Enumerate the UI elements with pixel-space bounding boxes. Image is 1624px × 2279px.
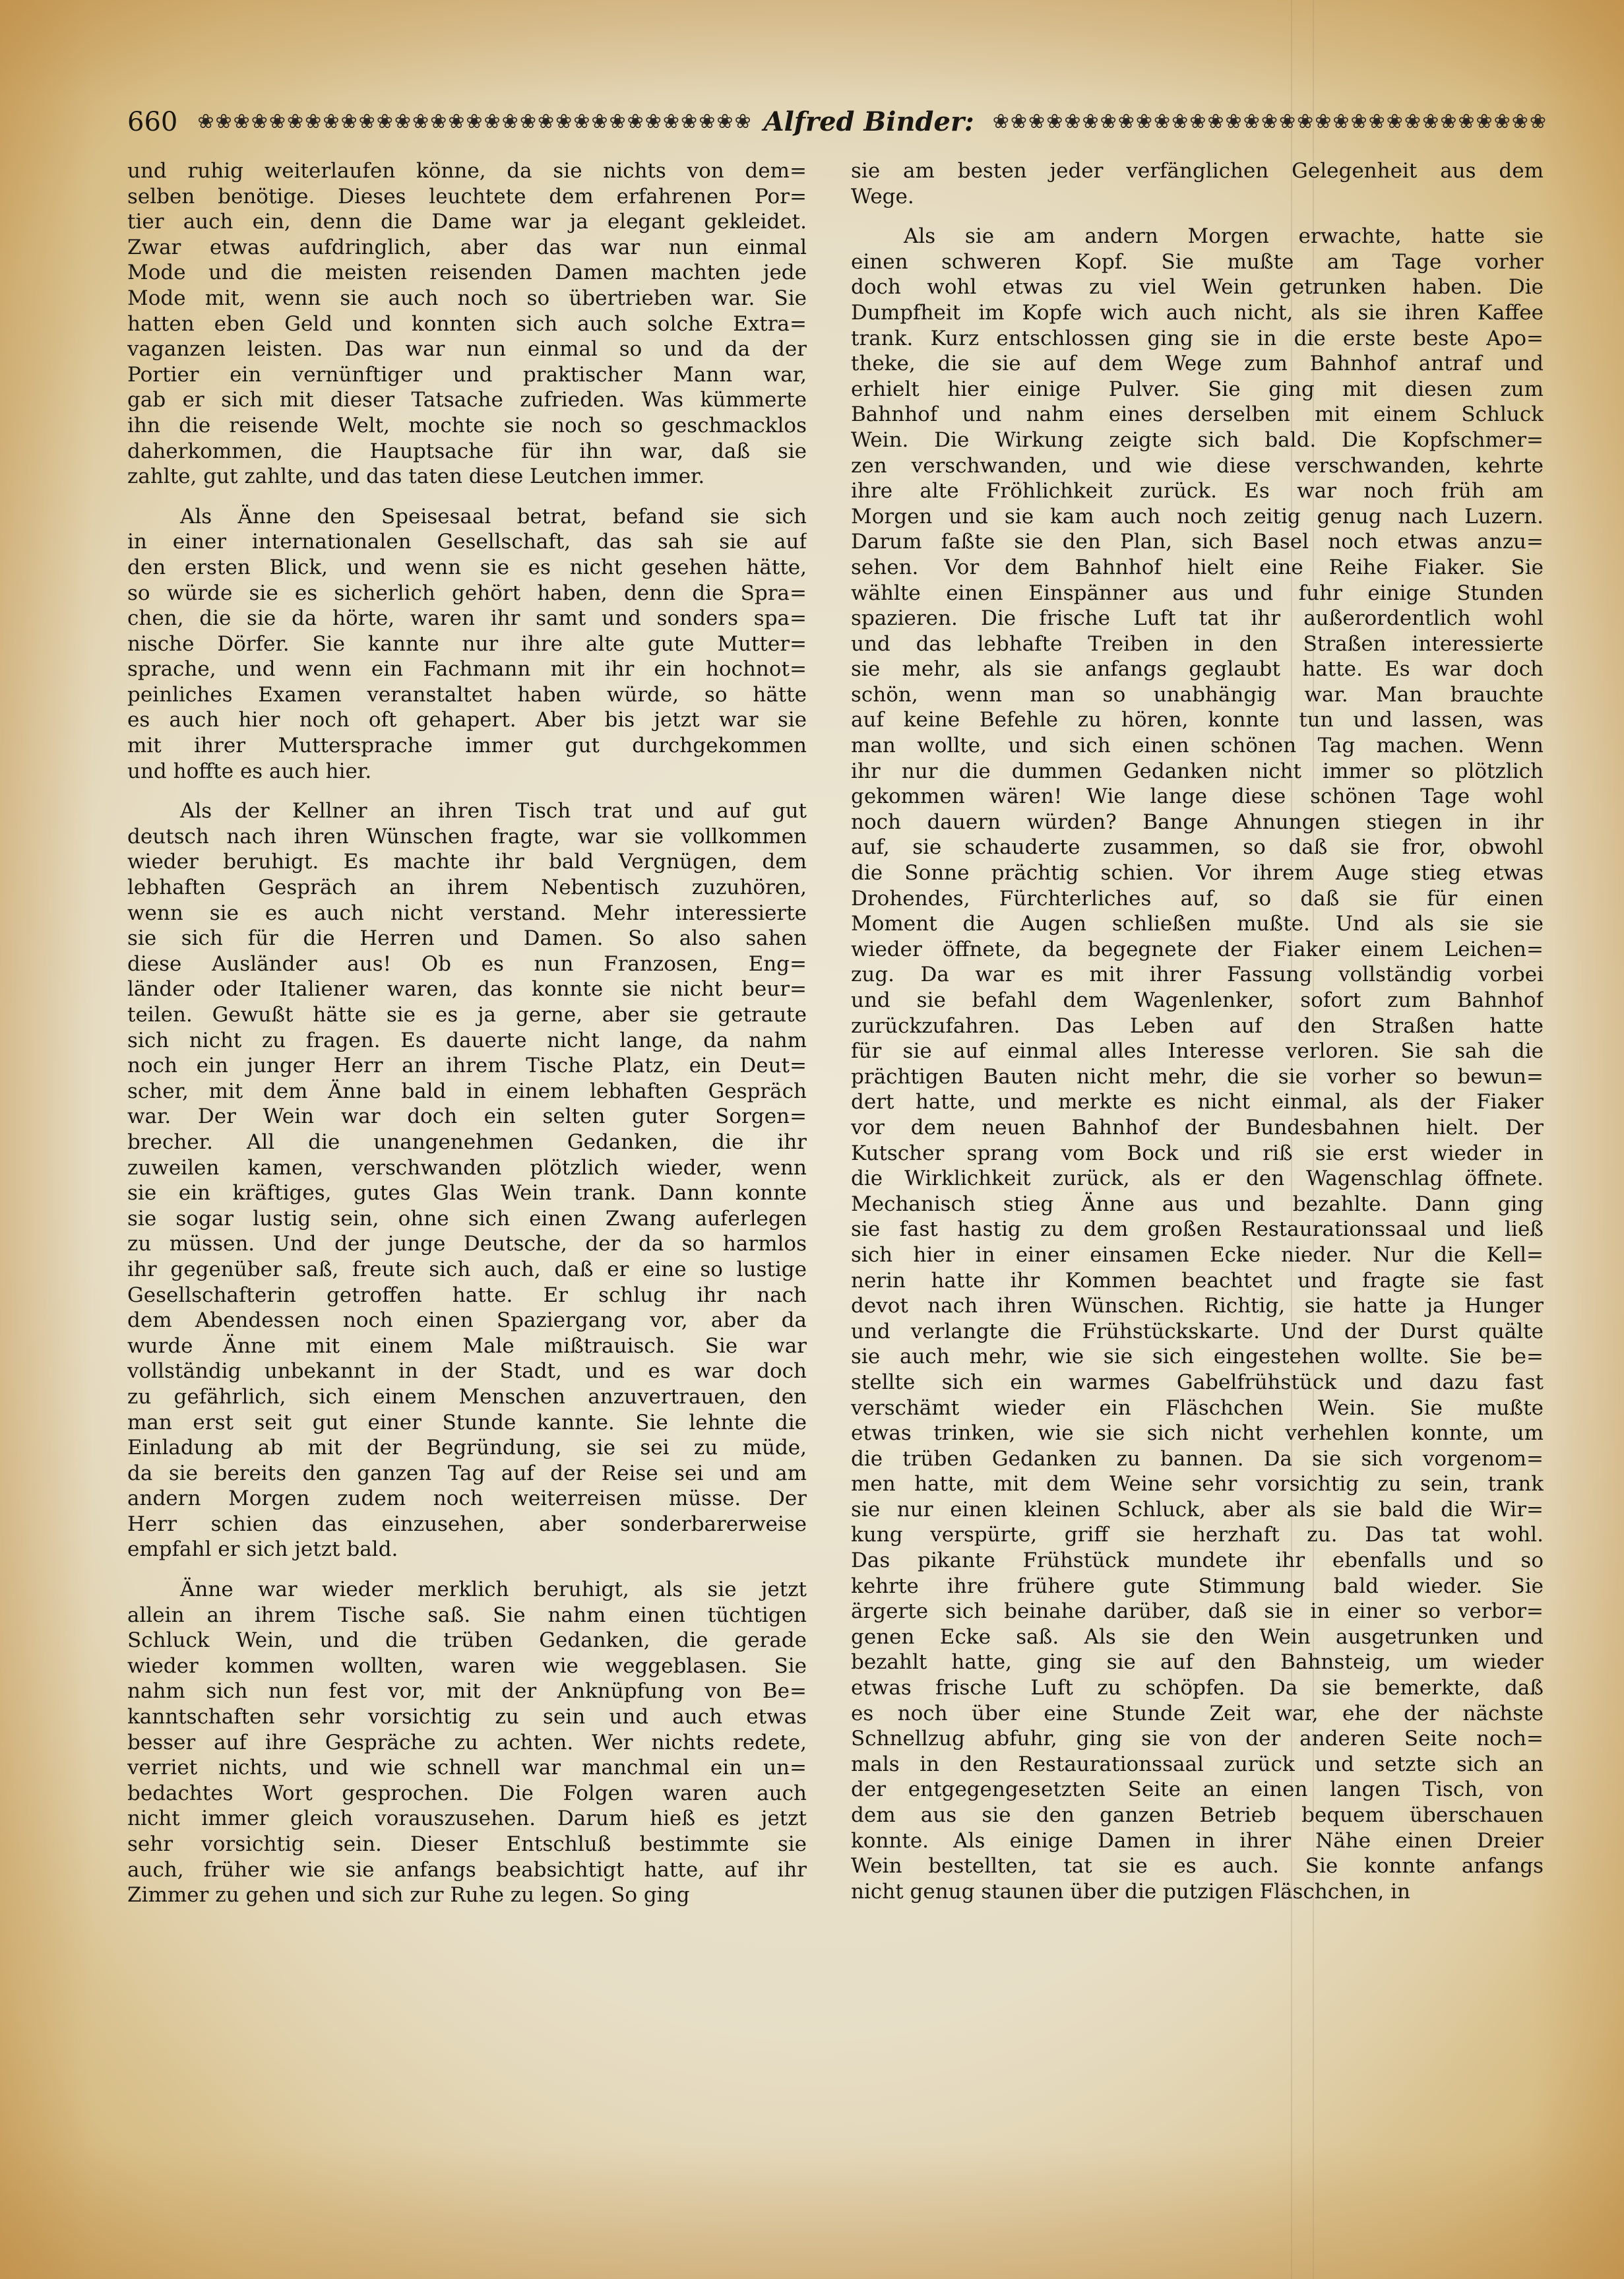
text-line: und das lebhafte Treiben in den Straßen … <box>851 631 1544 657</box>
text-line: Portier ein vernünftiger und praktischer… <box>127 362 807 388</box>
text-line: scher, mit dem Änne bald in einem lebhaf… <box>127 1079 807 1105</box>
text-line: trank. Kurz entschlossen ging sie in die… <box>851 326 1544 352</box>
text-line: peinliches Examen veranstaltet haben wür… <box>127 682 807 708</box>
text-line: Morgen und sie kam auch noch zeitig genu… <box>851 504 1544 530</box>
text-line: sie mehr, als sie anfangs geglaubt hatte… <box>851 657 1544 682</box>
text-line: Als Änne den Speisesaal betrat, befand s… <box>127 504 807 530</box>
text-line: so würde sie es sicherlich gehört haben,… <box>127 581 807 606</box>
text-line: spazieren. Die frische Luft tat ihr auße… <box>851 606 1544 631</box>
text-line: zurückzufahren. Das Leben auf den Straße… <box>851 1013 1544 1039</box>
text-line: sie fast hastig zu dem großen Restaurati… <box>851 1217 1544 1242</box>
paragraph: und ruhig weiterlaufen könne, da sie nic… <box>127 158 807 490</box>
text-line: nische Dörfer. Sie kannte nur ihre alte … <box>127 631 807 657</box>
text-line: prächtigen Bauten nicht mehr, die sie vo… <box>851 1064 1544 1090</box>
text-line: sie auch mehr, wie sie sich eingestehen … <box>851 1344 1544 1370</box>
text-line: zuweilen kamen, verschwanden plötzlich w… <box>127 1155 807 1181</box>
text-line: tier auch ein, denn die Dame war ja eleg… <box>127 209 807 235</box>
text-line: dert hatte, und merkte es nicht einmal, … <box>851 1089 1544 1115</box>
text-column-right: sie am besten jeder verfänglichen Gelege… <box>851 158 1544 1904</box>
text-line: selben benötige. Dieses leuchtete dem er… <box>127 184 807 210</box>
text-line: nerin hatte ihr Kommen beachtet und frag… <box>851 1268 1544 1294</box>
text-column-left: und ruhig weiterlaufen könne, da sie nic… <box>127 158 807 1908</box>
text-line: gab er sich mit dieser Tatsache zufriede… <box>127 387 807 413</box>
page-header: 660 ❀❀❀❀❀❀❀❀❀❀❀❀❀❀❀❀❀❀❀❀❀❀❀❀❀❀❀❀❀❀❀❀❀❀❀❀… <box>127 102 1546 142</box>
text-line: und verlangte die Frühstückskarte. Und d… <box>851 1319 1544 1345</box>
text-line: ihr nur die dummen Gedanken nicht immer … <box>851 759 1544 785</box>
text-line: nicht immer gleich vorauszusehen. Darum … <box>127 1806 807 1832</box>
running-head-author: Alfred Binder: <box>764 102 974 142</box>
text-line: sehen. Vor dem Bahnhof hielt eine Reihe … <box>851 555 1544 581</box>
text-line: Schluck Wein, und die trüben Gedanken, d… <box>127 1628 807 1653</box>
text-line: zahlte, gut zahlte, und das taten diese … <box>127 464 807 490</box>
paragraph-gap <box>851 209 1544 224</box>
text-line: sie sogar lustig sein, ohne sich einen Z… <box>127 1206 807 1232</box>
text-line: auf keine Befehle zu hören, konnte tun u… <box>851 707 1544 733</box>
text-line: kung verspürte, griff sie herzhaft zu. D… <box>851 1522 1544 1548</box>
text-line: lebhaften Gespräch an ihrem Nebentisch z… <box>127 875 807 901</box>
text-line: Als sie am andern Morgen erwachte, hatte… <box>851 224 1544 249</box>
text-line: Mode und die meisten reisenden Damen mac… <box>127 260 807 286</box>
text-line: auf, sie schauderte zusammen, so daß sie… <box>851 835 1544 860</box>
text-line: Einladung ab mit der Begründung, sie sei… <box>127 1435 807 1461</box>
paragraph-gap <box>127 490 807 504</box>
text-line: vor dem neuen Bahnhof der Bundesbahnen h… <box>851 1115 1544 1141</box>
text-line: dem aus sie den ganzen Betrieb bequem üb… <box>851 1803 1544 1828</box>
text-line: empfahl er sich jetzt bald. <box>127 1537 807 1562</box>
text-line: sie nur einen kleinen Schluck, aber als … <box>851 1497 1544 1523</box>
text-line: wieder öffnete, da begegnete der Fiaker … <box>851 937 1544 963</box>
text-line: für sie auf einmal alles Interesse verlo… <box>851 1039 1544 1064</box>
text-line: wieder kommen wollten, waren wie weggebl… <box>127 1653 807 1679</box>
text-line: devot nach ihren Wünschen. Richtig, sie … <box>851 1293 1544 1319</box>
text-line: Herr schien das einzusehen, aber sonderb… <box>127 1512 807 1537</box>
text-line: Schnellzug abfuhr, ging sie von der ande… <box>851 1726 1544 1752</box>
ornament-rule-left: ❀❀❀❀❀❀❀❀❀❀❀❀❀❀❀❀❀❀❀❀❀❀❀❀❀❀❀❀❀❀❀❀❀❀❀❀❀❀ <box>197 102 750 142</box>
text-line: mals in den Restaurationssaal zurück und… <box>851 1752 1544 1778</box>
text-line: erhielt hier einige Pulver. Sie ging mit… <box>851 377 1544 402</box>
text-line: daherkommen, die Hauptsache für ihn war,… <box>127 439 807 465</box>
text-line: Kutscher sprang vom Bock und riß sie ers… <box>851 1141 1544 1167</box>
text-line: teilen. Gewußt hätte sie es ja gerne, ab… <box>127 1002 807 1028</box>
text-line: hatten eben Geld und konnten sich auch s… <box>127 311 807 337</box>
text-line: sich nicht zu fragen. Es dauerte nicht l… <box>127 1028 807 1054</box>
text-line: sehr vorsichtig sein. Dieser Entschluß b… <box>127 1832 807 1857</box>
text-line: und hoffte es auch hier. <box>127 759 807 785</box>
text-line: vollständig unbekannt in der Stadt, und … <box>127 1359 807 1384</box>
text-line: besser auf ihre Gespräche zu achten. Wer… <box>127 1730 807 1756</box>
text-line: und ruhig weiterlaufen könne, da sie nic… <box>127 158 807 184</box>
text-line: etwas trinken, wie sie sich nicht verheh… <box>851 1421 1544 1446</box>
text-line: wenn sie es auch nicht verstand. Mehr in… <box>127 901 807 926</box>
text-line: zen verschwanden, und wie diese verschwa… <box>851 453 1544 479</box>
text-line: länder oder Italiener waren, das konnte … <box>127 977 807 1002</box>
text-line: kehrte ihre frühere gute Stimmung bald w… <box>851 1574 1544 1599</box>
paragraph-gap <box>127 784 807 798</box>
text-line: ihre alte Fröhlichkeit zurück. Es war no… <box>851 478 1544 504</box>
text-line: der entgegengesetzten Seite an einen lan… <box>851 1777 1544 1803</box>
text-line: stellte sich ein warmes Gabelfrühstück u… <box>851 1370 1544 1396</box>
text-line: man erst seit gut einer Stunde kannte. S… <box>127 1410 807 1436</box>
text-line: ihn die reisende Welt, mochte sie noch s… <box>127 413 807 439</box>
text-line: men hatte, mit dem Weine sehr vorsichtig… <box>851 1471 1544 1497</box>
text-line: und sie befahl dem Wagenlenker, sofort z… <box>851 988 1544 1013</box>
text-line: den ersten Blick, und wenn sie es nicht … <box>127 555 807 581</box>
text-line: konnte. Als einige Damen in ihrer Nähe e… <box>851 1828 1544 1854</box>
text-line: noch ein junger Herr an ihrem Tische Pla… <box>127 1053 807 1079</box>
text-line: zu gefährlich, sich einem Menschen anzuv… <box>127 1384 807 1410</box>
paragraph: sie am besten jeder verfänglichen Gelege… <box>851 158 1544 209</box>
text-line: die Sonne prächtig schien. Vor ihrem Aug… <box>851 860 1544 886</box>
text-line: war. Der Wein war doch ein selten guter … <box>127 1104 807 1130</box>
text-line: Moment die Augen schließen mußte. Und al… <box>851 911 1544 937</box>
text-line: gekommen wären! Wie lange diese schönen … <box>851 784 1544 810</box>
text-line: allein an ihrem Tische saß. Sie nahm ein… <box>127 1603 807 1628</box>
text-line: vaganzen leisten. Das war nun einmal so … <box>127 337 807 362</box>
text-line: noch dauern würden? Bange Ahnungen stieg… <box>851 810 1544 835</box>
text-line: da sie bereits den ganzen Tag auf der Re… <box>127 1461 807 1487</box>
text-line: ärgerte sich beinahe darüber, daß sie in… <box>851 1599 1544 1624</box>
text-line: diese Ausländer aus! Ob es nun Franzosen… <box>127 951 807 977</box>
text-line: schön, wenn man so unabhängig war. Man b… <box>851 682 1544 708</box>
text-line: brecher. All die unangenehmen Gedanken, … <box>127 1130 807 1155</box>
text-line: sich hier in einer einsamen Ecke nieder.… <box>851 1242 1544 1268</box>
text-line: Änne war wieder merklich beruhigt, als s… <box>127 1577 807 1603</box>
text-line: einen schweren Kopf. Sie mußte am Tage v… <box>851 249 1544 275</box>
ornament-rule-right: ❀❀❀❀❀❀❀❀❀❀❀❀❀❀❀❀❀❀❀❀❀❀❀❀❀❀❀❀❀❀❀❀❀❀❀❀❀❀ <box>993 102 1546 142</box>
text-line: deutsch nach ihren Wünschen fragte, war … <box>127 824 807 850</box>
text-line: Zwar etwas aufdringlich, aber das war nu… <box>127 235 807 261</box>
text-line: sie am besten jeder verfänglichen Gelege… <box>851 158 1544 184</box>
text-line: andern Morgen zudem noch weiterreisen mü… <box>127 1486 807 1512</box>
text-line: Wein bestellten, tat sie es auch. Sie ko… <box>851 1853 1544 1879</box>
text-line: etwas frische Luft zu schöpfen. Da sie b… <box>851 1675 1544 1701</box>
text-line: theke, die sie auf dem Wege zum Bahnhof … <box>851 351 1544 377</box>
text-line: genen Ecke saß. Als sie den Wein ausgetr… <box>851 1624 1544 1650</box>
text-line: bedachtes Wort gesprochen. Die Folgen wa… <box>127 1781 807 1807</box>
text-line: kanntschaften sehr vorsichtig zu sein un… <box>127 1704 807 1730</box>
text-line: es noch über eine Stunde Zeit war, ehe d… <box>851 1701 1544 1727</box>
text-line: zug. Da war es mit ihrer Fassung vollstä… <box>851 962 1544 988</box>
text-line: sprache, und wenn ein Fachmann mit ihr e… <box>127 657 807 682</box>
text-line: Zimmer zu gehen und sich zur Ruhe zu leg… <box>127 1882 807 1908</box>
text-line: Wein. Die Wirkung zeigte sich bald. Die … <box>851 428 1544 453</box>
text-line: die trüben Gedanken zu bannen. Da sie si… <box>851 1446 1544 1472</box>
text-line: man wollte, und sich einen schönen Tag m… <box>851 733 1544 759</box>
paragraph: Als sie am andern Morgen erwachte, hatte… <box>851 224 1544 1904</box>
paragraph: Als der Kellner an ihren Tisch trat und … <box>127 798 807 1562</box>
text-line: wählte einen Einspänner aus und fuhr ein… <box>851 581 1544 606</box>
text-line: nahm sich nun fest vor, mit der Anknüpfu… <box>127 1679 807 1704</box>
text-line: doch wohl etwas zu viel Wein getrunken h… <box>851 274 1544 300</box>
paragraph: Änne war wieder merklich beruhigt, als s… <box>127 1577 807 1908</box>
text-line: Darum faßte sie den Plan, sich Basel noc… <box>851 529 1544 555</box>
text-line: auch, früher wie sie anfangs beabsichtig… <box>127 1857 807 1883</box>
text-line: nicht genug staunen über die putzigen Fl… <box>851 1879 1544 1905</box>
scanned-page: 660 ❀❀❀❀❀❀❀❀❀❀❀❀❀❀❀❀❀❀❀❀❀❀❀❀❀❀❀❀❀❀❀❀❀❀❀❀… <box>0 0 1624 2279</box>
text-line: Das pikante Frühstück mundete ihr ebenfa… <box>851 1548 1544 1574</box>
text-line: Mechanisch stieg Änne aus und bezahlte. … <box>851 1192 1544 1217</box>
text-line: verriet nichts, und wie schnell war manc… <box>127 1755 807 1781</box>
paragraph: Als Änne den Speisesaal betrat, befand s… <box>127 504 807 785</box>
text-line: sie ein kräftiges, gutes Glas Wein trank… <box>127 1180 807 1206</box>
text-line: Dumpfheit im Kopfe wich auch nicht, als … <box>851 300 1544 326</box>
text-line: Wege. <box>851 184 1544 210</box>
text-line: in einer internationalen Gesellschaft, d… <box>127 529 807 555</box>
text-line: chen, die sie da hörte, waren ihr samt u… <box>127 606 807 631</box>
text-line: bezahlt hatte, ging sie auf den Bahnstei… <box>851 1650 1544 1675</box>
text-line: die Wirklichkeit zurück, als er den Wage… <box>851 1166 1544 1192</box>
text-line: Drohendes, Fürchterliches auf, so daß si… <box>851 886 1544 912</box>
text-line: zu müssen. Und der junge Deutsche, der d… <box>127 1231 807 1257</box>
text-line: wieder beruhigt. Es machte ihr bald Verg… <box>127 849 807 875</box>
text-line: verschämt wieder ein Fläschchen Wein. Si… <box>851 1396 1544 1421</box>
text-line: Als der Kellner an ihren Tisch trat und … <box>127 798 807 824</box>
text-line: Bahnhof und nahm eines derselben mit ein… <box>851 402 1544 428</box>
text-line: ihr gegenüber saß, freute sich auch, daß… <box>127 1257 807 1283</box>
text-line: Mode mit, wenn sie auch noch so übertrie… <box>127 286 807 311</box>
text-line: mit ihrer Muttersprache immer gut durchg… <box>127 733 807 759</box>
text-line: sie sich für die Herren und Damen. So al… <box>127 926 807 951</box>
text-line: es auch hier noch oft gehapert. Aber bis… <box>127 707 807 733</box>
text-line: dem Abendessen noch einen Spaziergang vo… <box>127 1308 807 1333</box>
text-line: wurde Änne mit einem Male mißtrauisch. S… <box>127 1333 807 1359</box>
page-number: 660 <box>127 102 177 142</box>
paragraph-gap <box>127 1562 807 1577</box>
text-line: Gesellschafterin getroffen hatte. Er sch… <box>127 1283 807 1308</box>
